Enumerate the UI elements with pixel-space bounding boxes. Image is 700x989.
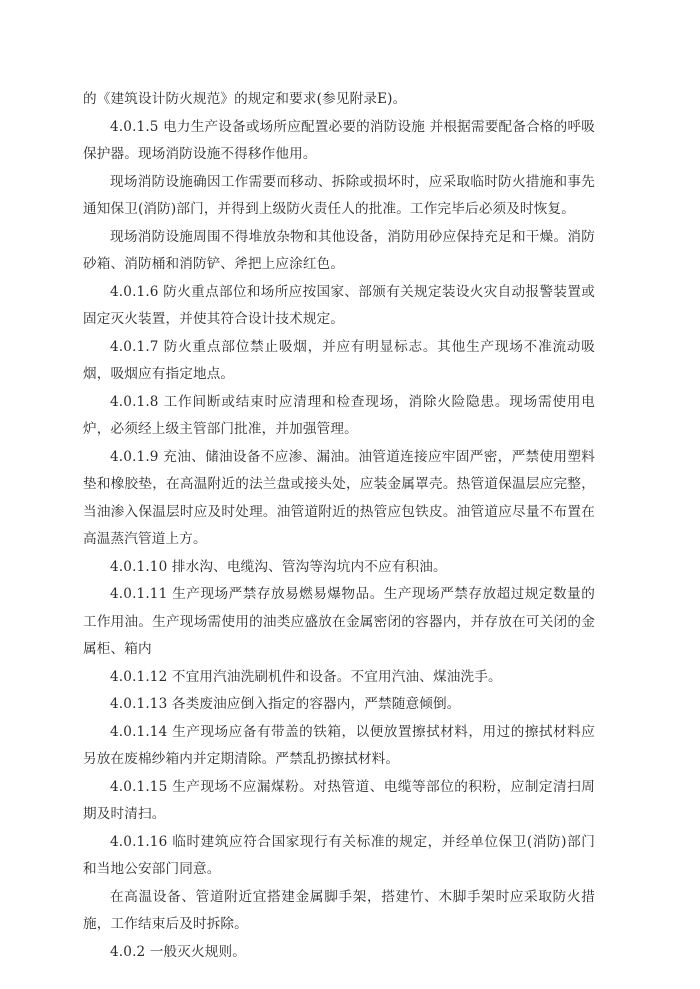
paragraph-facility-surroundings: 现场消防设施周围不得堆放杂物和其他设备，消防用砂应保持充足和干燥。消防砂箱、消防… [83,224,595,279]
paragraph-scaffolding: 在高温设备、管道附近宜搭建金属脚手架，搭建竹、木脚手架时应采取防火措施，工作结束… [83,884,595,939]
paragraph-4-0-1-9: 4.0.1.9 充油、储油设备不应渗、漏油。油管道连接应牢固严密，严禁使用塑料垫… [83,444,595,554]
paragraph-4-0-1-11: 4.0.1.11 生产现场严禁存放易燃易爆物品。生产现场严禁存放超过规定数量的工… [83,581,595,664]
paragraph-4-0-1-16: 4.0.1.16 临时建筑应符合国家现行有关标准的规定，并经单位保卫(消防)部门… [83,829,595,884]
paragraph-4-0-1-14: 4.0.1.14 生产现场应备有带盖的铁箱，以便放置擦拭材料，用过的擦拭材料应另… [83,719,595,774]
section-heading-4-0-2: 4.0.2 一般灭火规则。 [83,939,595,967]
paragraph-4-0-1-8: 4.0.1.8 工作间断或结束时应清理和检查现场，消除火险隐患。现场需使用电炉，… [83,389,595,444]
document-page: 的《建筑设计防火规范》的规定和要求(参见附录E)。 4.0.1.5 电力生产设备… [83,86,595,966]
paragraph-4-0-1-13: 4.0.1.13 各类废油应倒入指定的容器内，严禁随意倾倒。 [83,691,595,719]
paragraph-continuation: 的《建筑设计防火规范》的规定和要求(参见附录E)。 [83,86,595,114]
paragraph-facility-relocation: 现场消防设施确因工作需要而移动、拆除或损坏时，应采取临时防火措施和事先通知保卫(… [83,169,595,224]
paragraph-4-0-1-12: 4.0.1.12 不宜用汽油洗刷机件和设备。不宜用汽油、煤油洗手。 [83,664,595,692]
paragraph-4-0-1-5: 4.0.1.5 电力生产设备或场所应配置必要的消防设施 并根据需要配备合格的呼吸… [83,114,595,169]
paragraph-4-0-1-6: 4.0.1.6 防火重点部位和场所应按国家、部颁有关规定装设火灾自动报警装置或固… [83,279,595,334]
paragraph-4-0-1-15: 4.0.1.15 生产现场不应漏煤粉。对热管道、电缆等部位的积粉，应制定清扫周期… [83,774,595,829]
paragraph-4-0-1-10: 4.0.1.10 排水沟、电缆沟、管沟等沟坑内不应有积油。 [83,554,595,582]
paragraph-4-0-1-7: 4.0.1.7 防火重点部位禁止吸烟，并应有明显标志。其他生产现场不准流动吸烟，… [83,334,595,389]
